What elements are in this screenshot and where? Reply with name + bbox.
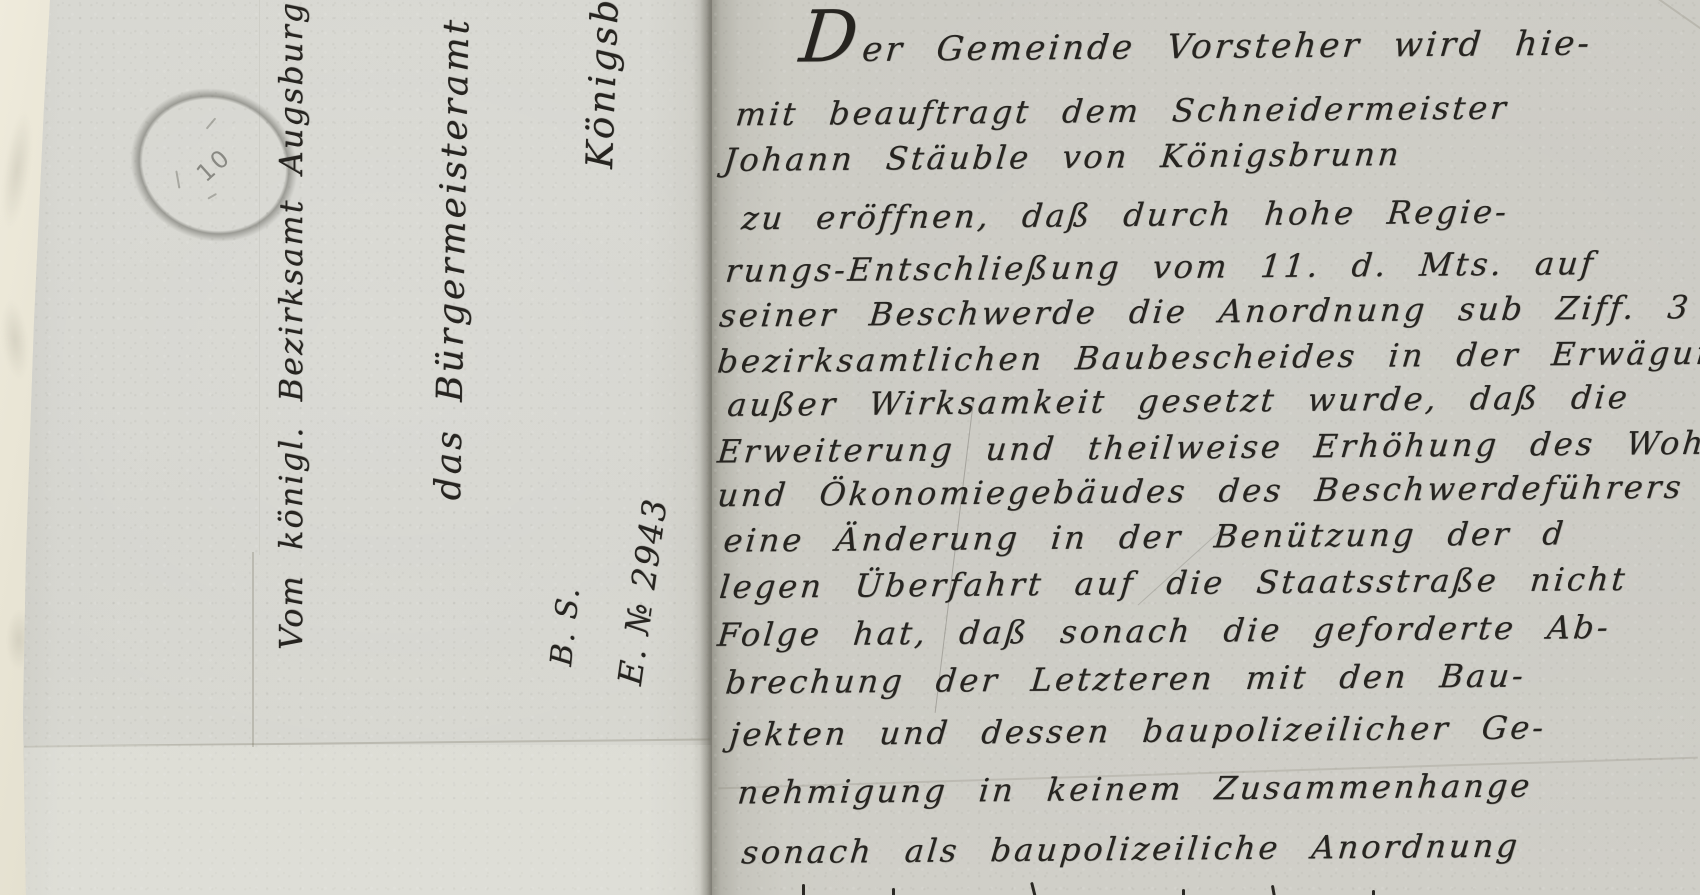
ghost-ink-smudge — [0, 299, 32, 381]
manuscript-line: bezirksamtlichen Baubescheides in der Er… — [716, 334, 1700, 381]
address-line-recipient: das Bürgermeisteramt — [428, 17, 477, 501]
fold-lower-panel — [24, 745, 712, 895]
ink-tip-mark — [892, 888, 895, 895]
manuscript-photo: 10 Vom königl. Bezirksamt Augsburg das B… — [0, 0, 1700, 895]
manuscript-line: brechung der Letzteren mit den Bau- — [724, 657, 1528, 702]
address-line-place: Königsbrunn — [578, 0, 631, 170]
manuscript-line: nehmigung in keinem Zusammenhange — [736, 767, 1534, 812]
manuscript-line: Erweiterung und theilweise Erhöhung des … — [716, 424, 1700, 471]
ghost-ink-smudge — [0, 109, 38, 231]
manuscript-line: jekten und dessen baupolizeilicher Ge- — [728, 708, 1548, 753]
fold-crease — [252, 552, 254, 747]
ink-tip-mark — [1271, 885, 1276, 895]
manuscript-line: legen Überfahrt auf die Staatsstraße nic… — [718, 560, 1630, 606]
manuscript-line: rungs-Entschließung vom 11. d. Mts. auf — [724, 244, 1598, 290]
manuscript-line: mit beauftragt dem Schneidermeister — [734, 89, 1511, 134]
manuscript-line: außer Wirksamkeit gesetzt wurde, daß die — [726, 378, 1632, 424]
manuscript-line: sonach als baupolizeiliche Anordnung — [740, 827, 1522, 872]
manuscript-line: zu eröffnen, daß durch hohe Regie- — [740, 193, 1511, 238]
manuscript-line: Der Gemeinde Vorsteher wird hie- — [797, 11, 1595, 71]
ink-tip-mark — [1182, 889, 1185, 895]
reference-number: E. № 2943 — [610, 495, 675, 687]
manuscript-line: und Ökonomiegebäudes des Beschwerdeführe… — [716, 468, 1686, 514]
manuscript-line: Johann Stäuble von Königsbrunn — [722, 135, 1404, 179]
manuscript-line: seiner Beschwerde die Anordnung sub Ziff… — [718, 287, 1700, 334]
ink-tip-mark — [1372, 890, 1375, 895]
left-page: 10 Vom königl. Bezirksamt Augsburg das B… — [0, 0, 712, 895]
right-page: Der Gemeinde Vorsteher wird hie- mit bea… — [712, 0, 1700, 895]
address-line-sender: Vom königl. Bezirksamt Augsburg — [272, 1, 310, 650]
manuscript-line: Folge hat, daß sonach die geforderte Ab- — [716, 608, 1613, 654]
reference-mark: B. S. — [544, 584, 587, 667]
ink-tip-mark — [802, 884, 805, 895]
manuscript-line: eine Änderung in der Benützung der d — [722, 514, 1568, 559]
ink-tip-mark — [1030, 882, 1037, 895]
